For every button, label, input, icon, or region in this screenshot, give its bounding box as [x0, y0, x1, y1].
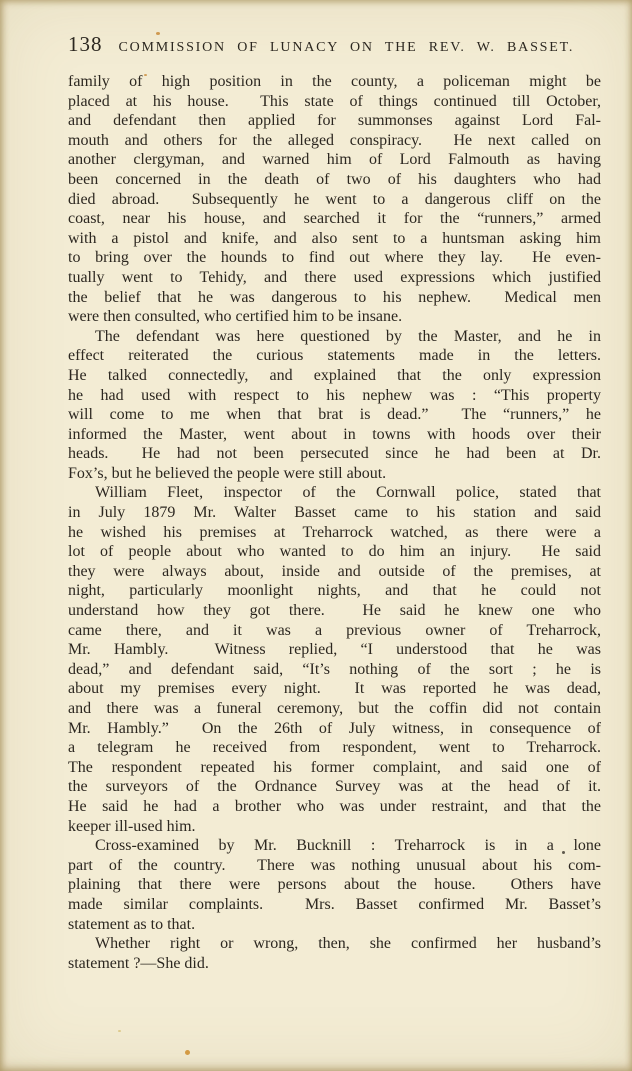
text-line: Whether right or wrong, then, she confir…	[68, 934, 601, 954]
text-line: Mr. Hambly.” On the 26th of July witness…	[68, 719, 601, 739]
text-line: keeper ill-used him.	[68, 817, 601, 837]
text-line: came there, and it was a previous owner …	[68, 621, 601, 641]
text-line: tually went to Tehidy, and there used ex…	[68, 268, 601, 288]
text-line: been concerned in the death of two of hi…	[68, 170, 601, 190]
text-line: coast, near his house, and searched it f…	[68, 209, 601, 229]
text-line: were then consulted, who certified him t…	[68, 307, 601, 327]
text-line: Cross-examined by Mr. Bucknill : Treharr…	[68, 836, 601, 856]
text-line: he wished his premises at Treharrock wat…	[68, 523, 601, 543]
text-line: Mr. Hambly. Witness replied, “I understo…	[68, 640, 601, 660]
page-number: 138	[68, 32, 103, 57]
running-title: COMMISSION OF LUNACY ON THE REV. W. BASS…	[119, 40, 575, 56]
text-line: William Fleet, inspector of the Cornwall…	[68, 483, 601, 503]
text-line: dead,” and defendant said, “It’s nothing…	[68, 660, 601, 680]
paper-speck	[156, 32, 160, 35]
text-line: part of the country. There was nothing u…	[68, 856, 601, 876]
text-line: placed at his house. This state of thing…	[68, 92, 601, 112]
text-line: informed the Master, went about in towns…	[68, 425, 601, 445]
text-line: and there was a funeral ceremony, but th…	[68, 699, 601, 719]
text-line: made similar complaints. Mrs. Basset con…	[68, 895, 601, 915]
text-line: The respondent repeated his former compl…	[68, 758, 601, 778]
text-line: family of high position in the county, a…	[68, 72, 601, 92]
paper-speck	[185, 1050, 190, 1055]
text-line: to bring over the hounds to find out whe…	[68, 248, 601, 268]
text-line: He talked connectedly, and explained tha…	[68, 366, 601, 386]
text-line: mouth and others for the alleged conspir…	[68, 131, 601, 151]
text-line: the surveyors of the Ordnance Survey was…	[68, 777, 601, 797]
paper-speck	[118, 1030, 121, 1032]
book-page-scan: 138 COMMISSION OF LUNACY ON THE REV. W. …	[0, 0, 632, 1071]
text-line: effect reiterated the curious statements…	[68, 346, 601, 366]
paragraph: Whether right or wrong, then, she confir…	[68, 934, 601, 973]
text-line: the belief that he was dangerous to his …	[68, 288, 601, 308]
text-line: He said he had a brother who was under r…	[68, 797, 601, 817]
paragraph: family of high position in the county, a…	[68, 72, 601, 327]
text-line: died abroad. Subsequently he went to a d…	[68, 190, 601, 210]
running-head: 138 COMMISSION OF LUNACY ON THE REV. W. …	[68, 32, 602, 57]
text-line: heads. He had not been persecuted since …	[68, 444, 601, 464]
page-body: family of high position in the county, a…	[68, 72, 601, 973]
text-line: lot of people about who wanted to do him…	[68, 542, 601, 562]
text-line: understand how they got there. He said h…	[68, 601, 601, 621]
text-line: he had used with respect to his nephew w…	[68, 386, 601, 406]
paragraph: The defendant was here questioned by the…	[68, 327, 601, 484]
text-line: another clergyman, and warned him of Lor…	[68, 150, 601, 170]
ink-speck	[562, 851, 565, 854]
text-line: night, particularly moonlight nights, an…	[68, 581, 601, 601]
text-line: statement as to that.	[68, 915, 601, 935]
text-line: in July 1879 Mr. Walter Basset came to h…	[68, 503, 601, 523]
text-line: The defendant was here questioned by the…	[68, 327, 601, 347]
text-line: and defendant then applied for summonses…	[68, 111, 601, 131]
text-line: a telegram he received from respondent, …	[68, 738, 601, 758]
text-line: they were always about, inside and outsi…	[68, 562, 601, 582]
text-line: will come to me when that brat is dead.”…	[68, 405, 601, 425]
paper-speck	[144, 74, 147, 76]
text-line: Fox’s, but he believed the people were s…	[68, 464, 601, 484]
paragraph: William Fleet, inspector of the Cornwall…	[68, 483, 601, 836]
text-line: with a pistol and knife, and also sent t…	[68, 229, 601, 249]
text-line: plaining that there were persons about t…	[68, 875, 601, 895]
paragraph: Cross-examined by Mr. Bucknill : Treharr…	[68, 836, 601, 934]
text-line: about my premises every night. It was re…	[68, 679, 601, 699]
text-line: statement ?—She did.	[68, 954, 601, 974]
